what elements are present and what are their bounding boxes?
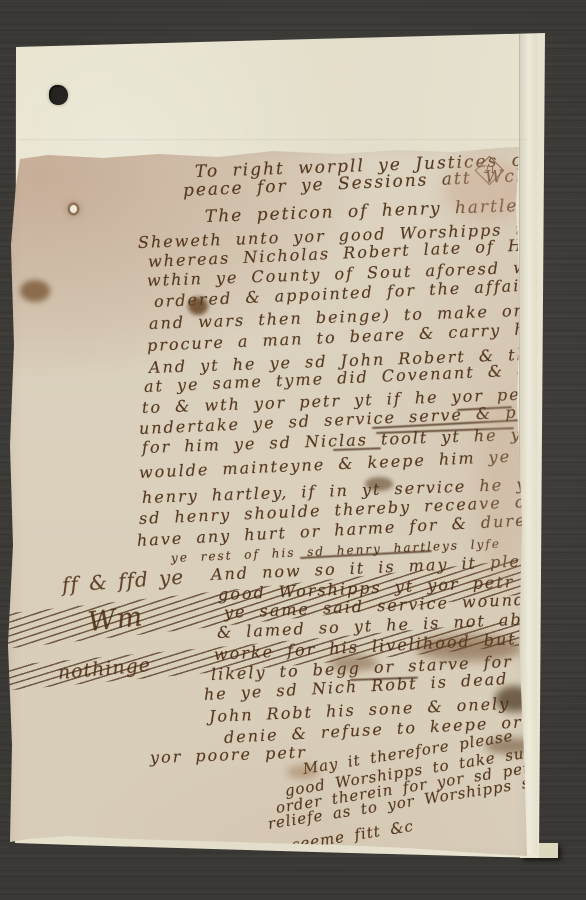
ink-stain: [478, 395, 523, 585]
strikethrough-mark: [333, 447, 381, 451]
ink-stain: [415, 635, 523, 661]
ink-stain: [365, 477, 393, 491]
horizontal-crease: [18, 139, 527, 142]
margin-annotation: ff & ffd ye: [61, 566, 185, 594]
manuscript-line: yor poore petr: [150, 745, 307, 766]
ink-stain: [20, 280, 50, 302]
manuscript-photo: 21 To right worpll ye Justices of yepeac…: [0, 0, 586, 900]
ink-stain: [330, 655, 378, 671]
ink-stain: [188, 297, 208, 315]
petition-sheet: 21 To right worpll ye Justices of yepeac…: [8, 145, 530, 860]
paper-flaw: [70, 205, 77, 213]
punch-hole: [49, 85, 68, 105]
ink-stain: [287, 765, 319, 779]
